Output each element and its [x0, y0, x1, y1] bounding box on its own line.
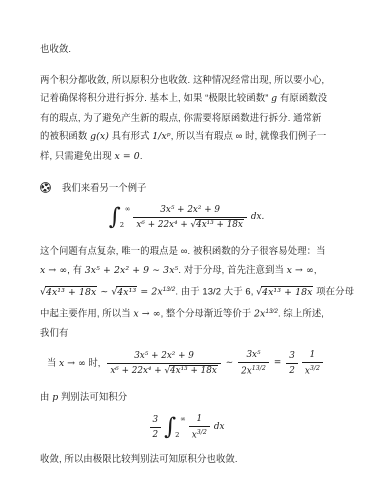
paragraph-conclusion: 收敛, 所以由极限比较判别法可知原积分也收敛. — [40, 450, 332, 469]
text-run: 判别法可知积分 — [58, 391, 127, 402]
text-run: 收敛, 所以由极限比较判别法可知原积分也收敛. — [40, 453, 238, 464]
text-run: 有原函数没 — [277, 92, 327, 103]
math-run: x⁶ + 22x⁴ + — [110, 366, 164, 376]
text-run: 有的瑕点, 为了避免产生新的瑕点, 你需要将原函数进行拆分. 通常新 — [40, 112, 322, 123]
paragraph-p-test: 由 p 判别法可知积分 — [40, 388, 332, 408]
text-line: 两个积分都收敛, 所以原积分也收敛. 这种情况经常出现, 所以要小心, — [40, 71, 332, 90]
text-run: 记着确保将积分进行拆分. 基本上, 如果 “极限比较函数” — [40, 92, 271, 103]
fraction-numerator: 3x⁵ + 2x² + 9 — [107, 351, 220, 364]
text-line: 由 p 判别法可知积分 — [40, 388, 332, 408]
math-run: x⁶ + 22x⁴ + — [136, 220, 190, 230]
radicand: 4x¹³ + 18x — [45, 286, 97, 298]
text-run: . 由于 13/2 大于 6, — [175, 286, 256, 297]
text-run: , 有 — [67, 264, 85, 275]
integral-sign: ∫ ∞ 2 — [109, 204, 131, 231]
text-line: 的被积函数 g(x) 具有形式 1/xᵖ, 所以当有瑕点 ∞ 时, 就像我们例子… — [40, 127, 332, 147]
sqrt-expression: √4x¹³ + 18x — [256, 286, 313, 298]
radicand: 4x¹³ — [116, 286, 137, 298]
fraction-denominator: x3/2 — [302, 363, 323, 377]
integral-limits: ∞ 2 — [121, 204, 131, 231]
math-run: 3x⁵ + 2x² + 9 ∼ 3x⁵ — [85, 265, 179, 276]
text-run: 当 — [47, 357, 59, 368]
fraction-denominator: 2 — [150, 428, 162, 440]
exponent: 13/2 — [163, 286, 176, 293]
text-run: 由 — [40, 391, 52, 402]
similar-operator: ∼ — [226, 358, 233, 369]
text-line: 中起主要作用, 所以当 x → ∞, 整个分母渐近等价于 2x13/2. 综上所… — [40, 302, 332, 324]
text-line: 记着确保将积分进行拆分. 基本上, 如果 “极限比较函数” g 有原函数没 — [40, 89, 332, 109]
math-run: 1/xᵖ — [152, 131, 170, 142]
display-formula-asymptotic: 当 x → ∞ 时, 3x⁵ + 2x² + 9 x⁶ + 22x⁴ + √4x… — [40, 350, 332, 377]
fraction-denominator: x⁶ + 22x⁴ + √4x¹³ + 18x — [133, 218, 246, 230]
text-run: . 对于分母, 首先注意到当 — [178, 264, 286, 275]
fraction-denominator: x⁶ + 22x⁴ + √4x¹³ + 18x — [107, 364, 220, 376]
text-run: 我们有 — [40, 327, 68, 338]
fraction-numerator: 3 — [286, 351, 298, 364]
fraction: 3 2 — [286, 351, 298, 377]
text-run: 具有形式 — [109, 130, 152, 141]
text-line: 这个问题有点复杂, 唯一的瑕点是 ∞. 被积函数的分子很容易处理：当 — [40, 241, 332, 260]
integral-sign: ∫ ∞ 2 — [164, 414, 186, 441]
fraction: 3x⁵ 2x13/2 — [238, 350, 269, 377]
text-run: 也收敛. — [40, 43, 71, 54]
paragraph-analysis: 这个问题有点复杂, 唯一的瑕点是 ∞. 被积函数的分子很容易处理：当 x → ∞… — [40, 241, 332, 342]
integral-limits: ∞ 2 — [176, 414, 186, 441]
paragraph-carryover: 也收敛. — [40, 40, 332, 59]
radicand: 4x¹³ + 18x — [169, 365, 218, 376]
fraction-numerator: 1 — [302, 350, 323, 363]
math-run: x → ∞ — [287, 265, 314, 276]
exponent: 3/2 — [197, 429, 207, 436]
math-run: 2x — [241, 366, 252, 376]
text-line: 样, 只需避免出现 x = 0. — [40, 147, 332, 167]
text-run: . 综上所述, — [278, 307, 324, 318]
text-run: 两个积分都收敛, 所以原积分也收敛. 这种情况经常出现, 所以要小心, — [40, 74, 324, 85]
example-heading: 我们来看另一个例子 — [40, 180, 332, 194]
display-formula-integral: ∫ ∞ 2 3x⁵ + 2x² + 9 x⁶ + 22x⁴ + √4x¹³ + … — [40, 204, 332, 231]
example-heading-label: 我们来看另一个例子 — [62, 180, 146, 194]
radicand: 4x¹³ + 18x — [261, 286, 313, 298]
paragraph-splitting-advice: 两个积分都收敛, 所以原积分也收敛. 这种情况经常出现, 所以要小心, 记着确保… — [40, 71, 332, 167]
integrand-fraction: 1 x3/2 — [189, 414, 210, 441]
lower-limit: 2 — [120, 221, 131, 229]
text-run: , — [314, 264, 317, 275]
fraction: 1 x3/2 — [302, 350, 323, 377]
text-line: x → ∞, 有 3x⁵ + 2x² + 9 ∼ 3x⁵. 对于分母, 首先注意… — [40, 260, 332, 280]
differential: dx — [214, 422, 225, 433]
integrand-fraction: 3x⁵ + 2x² + 9 x⁶ + 22x⁴ + √4x¹³ + 18x — [133, 205, 246, 231]
formula-label: 当 x → ∞ 时, — [47, 357, 100, 370]
math-run: 2x — [254, 308, 265, 319]
equals-operator: = — [274, 358, 281, 369]
math-run: x → ∞ — [133, 308, 160, 319]
fraction-numerator: 3x⁵ + 2x² + 9 — [133, 205, 246, 218]
lower-limit: 2 — [175, 431, 186, 439]
text-run: 的被积函数 — [40, 130, 90, 141]
coefficient-fraction: 3 2 — [150, 415, 162, 441]
text-run: 中起主要作用, 所以当 — [40, 307, 133, 318]
exponent: 3/2 — [310, 365, 320, 372]
exponent: 13/2 — [252, 365, 266, 372]
math-run: 2x — [151, 287, 162, 298]
sqrt-expression: √4x¹³ + 18x — [191, 219, 244, 230]
sqrt-expression: √4x¹³ + 18x — [40, 286, 97, 298]
fraction-numerator: 3 — [150, 415, 162, 428]
sqrt-expression: √4x¹³ — [111, 286, 137, 298]
math-run: = — [137, 287, 151, 298]
math-run: ∼ — [97, 287, 111, 298]
math-run: x → ∞ — [59, 358, 86, 369]
fraction-numerator: 1 — [189, 414, 210, 427]
math-run: x = 0 — [114, 151, 139, 162]
upper-limit: ∞ — [125, 205, 131, 213]
math-run: x → ∞ — [40, 265, 67, 276]
fraction: 3x⁵ + 2x² + 9 x⁶ + 22x⁴ + √4x¹³ + 18x — [107, 351, 220, 377]
text-run: 这个问题有点复杂, 唯一的瑕点是 ∞. 被积函数的分子很容易处理：当 — [40, 245, 326, 256]
math-run: g(x) — [90, 131, 109, 142]
text-line: 收敛, 所以由极限比较判别法可知原积分也收敛. — [40, 450, 332, 469]
text-line: √4x¹³ + 18x ∼ √4x¹³ = 2x13/2. 由于 13/2 大于… — [40, 280, 332, 302]
text-run: 项在分母 — [313, 286, 354, 297]
upper-limit: ∞ — [180, 415, 186, 423]
text-line: 有的瑕点, 为了避免产生新的瑕点, 你需要将原函数进行拆分. 通常新 — [40, 109, 332, 128]
differential: dx. — [251, 212, 264, 223]
fraction-denominator: x3/2 — [189, 427, 210, 441]
fraction-denominator: 2 — [286, 364, 298, 376]
radicand: 4x¹³ + 18x — [195, 219, 244, 230]
book-page: 也收敛. 两个积分都收敛, 所以原积分也收敛. 这种情况经常出现, 所以要小心,… — [0, 0, 370, 480]
fraction-numerator: 3x⁵ — [238, 350, 269, 363]
display-formula-comparison: 3 2 ∫ ∞ 2 1 x3/2 dx — [40, 414, 332, 441]
text-run: , 整个分母渐近等价于 — [161, 307, 254, 318]
text-line: 我们有 — [40, 323, 332, 342]
exponent: 13/2 — [265, 308, 278, 315]
text-run: , 所以当有瑕点 ∞ 时, 就像我们例子一 — [171, 130, 327, 141]
spiral-example-icon — [40, 182, 51, 193]
text-run: 时, — [86, 357, 101, 368]
text-run: 样, 只需避免出现 — [40, 150, 114, 161]
text-run: . — [140, 150, 143, 161]
fraction-denominator: 2x13/2 — [238, 363, 269, 377]
sqrt-expression: √4x¹³ + 18x — [164, 365, 217, 376]
